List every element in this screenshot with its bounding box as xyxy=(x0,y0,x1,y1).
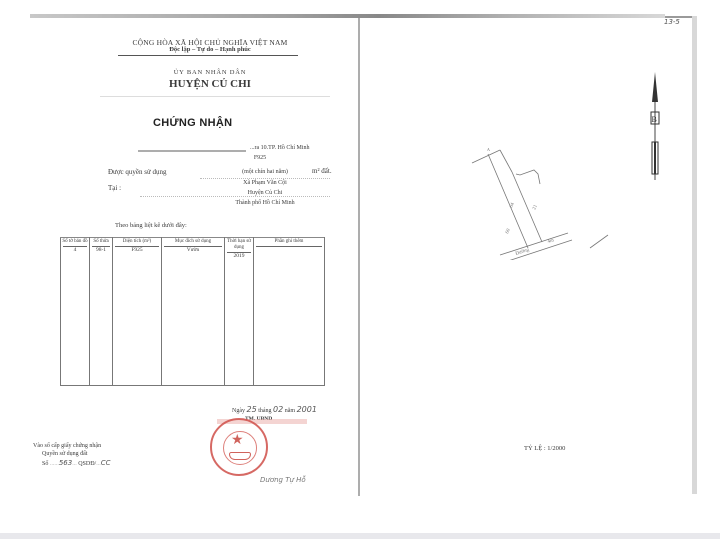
parcel-table-body xyxy=(61,261,325,386)
col-term: Thời hạn sử dụng 2019 xyxy=(225,238,254,262)
signature: Dương Tự Hỗ xyxy=(260,476,306,484)
registry-number-value: 563 xyxy=(59,459,72,467)
date-line: Ngày 25 tháng 02 năm 2001 xyxy=(232,405,317,414)
col-purpose: Mục đích sử dụng Vườn xyxy=(162,238,225,262)
col-header: Số tờ bản đồ xyxy=(61,239,89,245)
cell-area: F925 xyxy=(115,246,159,253)
page-fold xyxy=(358,18,360,496)
seal-emblem-icon xyxy=(229,452,251,460)
date-prefix: Ngày xyxy=(232,408,245,414)
registry-number-line: Số ......563... QSDĐ/...CC xyxy=(42,459,111,467)
bottom-bar xyxy=(0,533,720,539)
table-cell xyxy=(113,261,162,386)
registry-line1: Vào sổ cấp giấy chứng nhận xyxy=(33,443,101,449)
cell-term: 2019 xyxy=(227,252,251,259)
location-city: Thành phố Hồ Chí Minh xyxy=(225,200,305,206)
col-header: Mục đích sử dụng xyxy=(162,239,224,245)
date-year: 2001 xyxy=(297,405,317,414)
area-label: Được quyền sử dụng xyxy=(108,168,167,176)
col-notes: Phần ghi thêm xyxy=(254,238,325,262)
cell-map-sheet: 4 xyxy=(63,246,87,253)
seal-star-icon: ★ xyxy=(231,434,244,448)
road-width: 4m xyxy=(547,238,555,245)
issuer-line2: HUYỆN CỦ CHI xyxy=(110,78,310,90)
registry-line2: Quyền sử dụng đất xyxy=(42,451,87,457)
cell-purpose: Vườn xyxy=(164,246,222,253)
col-header: Số thửa xyxy=(90,239,112,245)
table-cell xyxy=(254,261,325,386)
table-cell xyxy=(61,261,90,386)
col-header: Diện tích (m²) xyxy=(113,239,161,245)
col-parcel-no: Số thửa 98-1 xyxy=(90,238,113,262)
area-value: F925 xyxy=(230,155,290,161)
dotline xyxy=(140,196,330,197)
location-label: Tại : xyxy=(108,184,121,192)
cell-parcel-no: 98-1 xyxy=(92,246,110,253)
table-cell xyxy=(225,261,254,386)
table-cell xyxy=(90,261,113,386)
cell-notes xyxy=(256,246,322,247)
header-rule xyxy=(118,55,298,56)
plot-label-side: 64 xyxy=(509,202,516,209)
registry-suffix: QSDĐ/ xyxy=(78,461,96,467)
scale-label: TỶ LỆ : 1/2000 xyxy=(524,445,565,452)
registry-suffix-value: CC xyxy=(101,459,111,467)
parcel-table: Số tờ bản đồ 4 Số thửa 98-1 Diện tích (m… xyxy=(60,237,325,386)
issuer-rule xyxy=(100,96,330,97)
area-unit: m² đất. xyxy=(312,167,332,175)
col-area: Diện tích (m²) F925 xyxy=(113,238,162,262)
plot-diagram: 64 21 60 Đường 4m A xyxy=(460,130,620,260)
issuer-line1: ỦY BAN NHÂN DÂN xyxy=(110,69,310,76)
date-month-label: tháng xyxy=(258,408,271,414)
date-month: 02 xyxy=(273,405,283,414)
table-cell xyxy=(162,261,225,386)
col-header: Phần ghi thêm xyxy=(254,239,324,245)
date-year-label: năm xyxy=(285,408,295,414)
owner-line: ...ra 10.TP. Hồ Chí Minh xyxy=(250,145,310,151)
paper-top-edge xyxy=(30,14,665,18)
plot-label-side: 21 xyxy=(532,204,539,211)
area-words: (một chín hai năm) xyxy=(225,169,305,175)
redacted-owner xyxy=(138,150,246,152)
location-commune: Xã Phạm Văn Cội xyxy=(225,180,305,186)
date-day: 25 xyxy=(247,405,257,414)
national-motto: Độc lập – Tự do – Hạnh phúc xyxy=(110,46,310,53)
corner-marker: A xyxy=(487,147,490,152)
paper-right-edge xyxy=(692,16,697,494)
certificate-heading: CHỨNG NHẬN xyxy=(153,117,232,129)
page-marker: 13-5 xyxy=(664,18,680,26)
plot-label-side: 60 xyxy=(505,228,512,235)
col-header: Thời hạn sử dụng xyxy=(225,239,253,251)
north-arrow-icon: B xyxy=(648,72,662,182)
registry-number-label: Số xyxy=(42,461,48,467)
dotline xyxy=(200,178,330,179)
parcel-table-header: Số tờ bản đồ 4 Số thửa 98-1 Diện tích (m… xyxy=(61,238,325,262)
table-intro: Theo bảng liệt kê dưới đây: xyxy=(115,222,187,229)
svg-text:B: B xyxy=(652,115,657,124)
official-seal: ★ xyxy=(210,418,268,476)
col-map-sheet: Số tờ bản đồ 4 xyxy=(61,238,90,262)
